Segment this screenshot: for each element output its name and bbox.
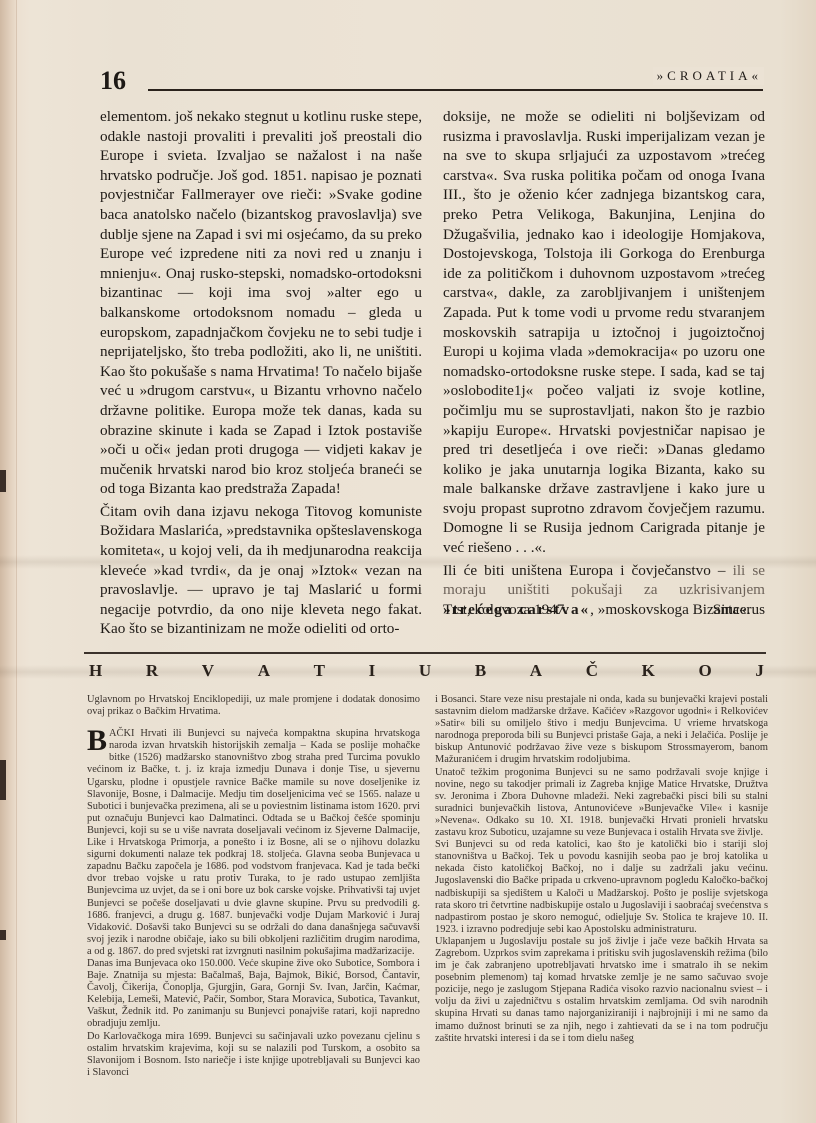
journal-title: »CROATIA« [653, 67, 764, 85]
title-letter: A [258, 661, 270, 681]
title-letter: Č [586, 661, 598, 681]
closing-line: Ili će biti uništena Europa i čovječanst… [443, 562, 726, 579]
title-letter: O [699, 661, 712, 681]
article-2-right-column: i Bosanci. Stare veze nisu prestajale ni… [435, 694, 768, 1045]
title-letter: J [755, 661, 764, 681]
article-1-paragraph: doksije, ne može se odieliti ni boljševi… [443, 107, 765, 558]
article-2-paragraph-text: AČKI Hrvati ili Bunjevci su najveća komp… [87, 728, 420, 957]
section-divider [84, 652, 766, 654]
article-2-paragraph: Do Karlovačkoga mira 1699. Bunjevci su s… [87, 1031, 420, 1079]
title-letter: R [146, 661, 158, 681]
article-2-title: H R V A T I U B A Č K O J [89, 661, 764, 681]
article-2-paragraph: Danas ima Bunjevaca oko 150.000. Veće sk… [87, 958, 420, 1031]
article-2-paragraph: Svi Bunjevci su od reda katolici, kao št… [435, 839, 768, 936]
place-date: Trst, kolovoza 1947. [443, 600, 568, 620]
running-head: 16 »CROATIA« [100, 66, 764, 96]
title-letter: A [530, 661, 542, 681]
article-2-left-column: Uglavnom po Hrvatskoj Enciklopediji, uz … [87, 694, 420, 1079]
title-letter: V [202, 661, 214, 681]
article-1-paragraph: elementom. još nekako stegnut u kotlinu … [100, 107, 422, 499]
article-2-paragraph: Uklapanjem u Jugoslaviju postale su još … [435, 936, 768, 1045]
editorial-note: Uglavnom po Hrvatskoj Enciklopediji, uz … [87, 694, 420, 718]
header-rule [148, 89, 763, 91]
author-signature: Sincerus [713, 600, 765, 620]
article-1-left-column: elementom. još nekako stegnut u kotlinu … [100, 107, 422, 639]
article-2-paragraph: Unatoč težkim progonima Bunjevci su ne s… [435, 767, 768, 840]
article-2-paragraph: BAČKI Hrvati ili Bunjevci su najveća kom… [87, 728, 420, 958]
drop-cap: B [87, 729, 107, 753]
magazine-page: 16 »CROATIA« elementom. još nekako stegn… [0, 0, 816, 1123]
title-letter: I [369, 661, 376, 681]
title-letter: K [642, 661, 655, 681]
title-letter: B [475, 661, 486, 681]
binding-mark [0, 760, 6, 800]
article-1-right-column: doksije, ne može se odieliti ni boljševi… [443, 107, 765, 619]
article-1-paragraph: Čitam ovih dana izjavu nekoga Titovog ko… [100, 502, 422, 639]
binding-mark [0, 470, 6, 492]
title-letter: H [89, 661, 102, 681]
binding-mark [0, 930, 6, 940]
title-letter: U [419, 661, 431, 681]
article-2-paragraph: i Bosanci. Stare veze nisu prestajale ni… [435, 694, 768, 767]
title-letter: T [314, 661, 325, 681]
page-number: 16 [100, 66, 126, 96]
